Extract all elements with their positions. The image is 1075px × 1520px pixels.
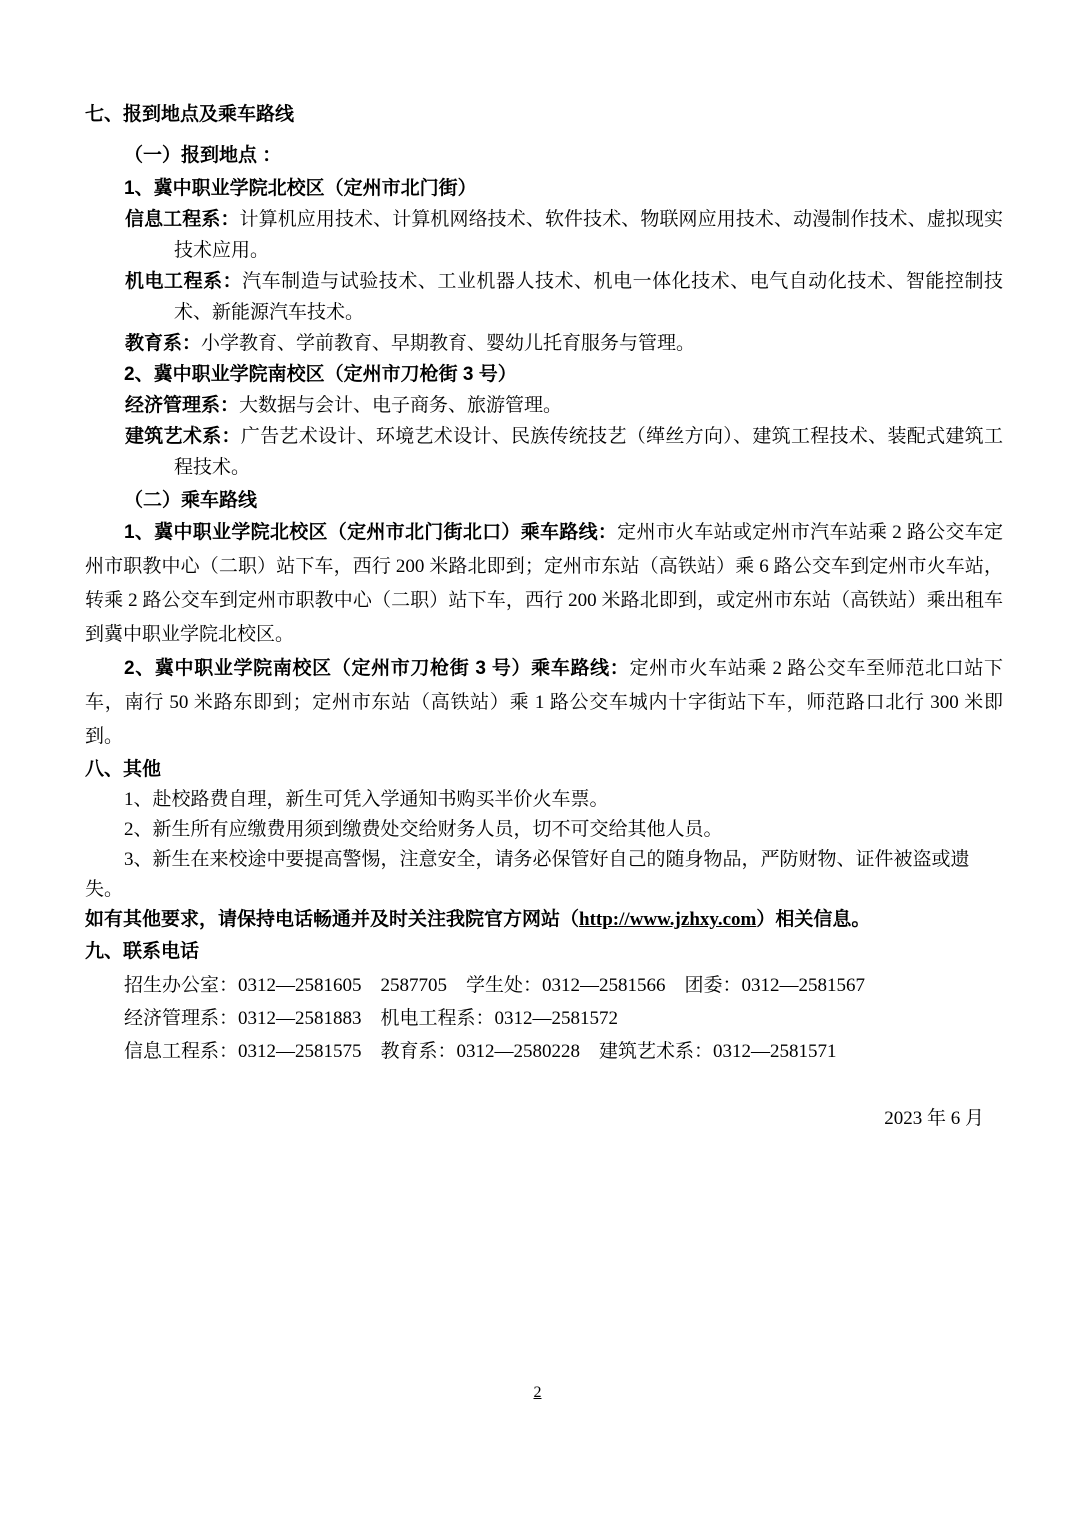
dept-line-information-engineering: 信息工程系：计算机应用技术、计算机网络技术、软件技术、物联网应用技术、动漫制作技… [85, 204, 1003, 266]
section-7-sub2-heading: （二）乘车路线 [124, 485, 1003, 516]
document-content: 七、报到地点及乘车路线 （一）报到地点 ： 1、冀中职业学院北校区（定州市北门街… [85, 99, 1003, 1068]
dept-label: 建筑艺术系： [125, 426, 241, 447]
document-page: 七、报到地点及乘车路线 （一）报到地点 ： 1、冀中职业学院北校区（定州市北门街… [0, 0, 1075, 1520]
official-website-link[interactable]: http://www.jzhxy.com [579, 909, 756, 930]
dept-majors: 广告艺术设计、环境艺术设计、民族传统技艺（缂丝方向）、建筑工程技术、装配式建筑工… [174, 426, 1003, 478]
section-7-sub1-heading: （一）报到地点 ： [124, 140, 1003, 171]
route-label: 2、冀中职业学院南校区（定州市刀枪街 3 号）乘车路线： [124, 658, 629, 679]
section-8-heading: 八、其他 [85, 754, 1003, 785]
phone-line-3: 信息工程系：0312—2581575 教育系：0312—2580228 建筑艺术… [124, 1035, 1003, 1068]
route-paragraph-south-campus: 2、冀中职业学院南校区（定州市刀枪街 3 号）乘车路线：定州市火车站乘 2 路公… [85, 652, 1003, 754]
phone-line-2: 经济管理系：0312—2581883 机电工程系：0312—2581572 [124, 1002, 1003, 1035]
issue-date: 2023 年 6 月 [884, 1106, 984, 1132]
other-item-3: 3、新生在来校途中要提高警惕，注意安全，请务必保管好自己的随身物品，严防财物、证… [85, 845, 1003, 905]
other-item-2: 2、新生所有应缴费用须到缴费处交给财务人员，切不可交给其他人员。 [85, 815, 1003, 845]
dept-majors: 小学教育、学前教育、早期教育、婴幼儿托育服务与管理。 [201, 333, 695, 354]
dept-label: 机电工程系： [125, 271, 242, 292]
section-9-heading: 九、联系电话 [85, 936, 1003, 967]
section-7-heading: 七、报到地点及乘车路线 [85, 99, 1003, 130]
page-number: 2 [534, 1384, 542, 1401]
dept-label: 教育系： [125, 333, 201, 354]
dept-label: 经济管理系： [125, 395, 239, 416]
dept-majors: 大数据与会计、电子商务、旅游管理。 [239, 395, 562, 416]
dept-line-mechatronics: 机电工程系：汽车制造与试验技术、工业机器人技术、机电一体化技术、电气自动化技术、… [85, 266, 1003, 328]
dept-line-architecture-art: 建筑艺术系：广告艺术设计、环境艺术设计、民族传统技艺（缂丝方向）、建筑工程技术、… [85, 421, 1003, 483]
dept-majors: 汽车制造与试验技术、工业机器人技术、机电一体化技术、电气自动化技术、智能控制技术… [174, 271, 1003, 323]
note-prefix: 如有其他要求，请保持电话畅通并及时关注我院官方网站（ [85, 909, 579, 930]
dept-label: 信息工程系： [125, 209, 240, 230]
note-suffix: ）相关信息。 [756, 909, 870, 930]
route-label: 1、冀中职业学院北校区（定州市北门街北口）乘车路线： [124, 522, 617, 543]
dept-line-education: 教育系：小学教育、学前教育、早期教育、婴幼儿托育服务与管理。 [85, 328, 1003, 359]
campus-north-heading: 1、冀中职业学院北校区（定州市北门街） [124, 173, 1003, 204]
campus-south-heading: 2、冀中职业学院南校区（定州市刀枪街 3 号） [124, 359, 1003, 390]
other-item-1: 1、赴校路费自理，新生可凭入学通知书购买半价火车票。 [85, 785, 1003, 815]
page-number-footer: 2 [0, 1383, 1075, 1403]
dept-line-economic-management: 经济管理系：大数据与会计、电子商务、旅游管理。 [85, 390, 1003, 421]
route-paragraph-north-campus: 1、冀中职业学院北校区（定州市北门街北口）乘车路线：定州市火车站或定州市汽车站乘… [85, 516, 1003, 652]
dept-majors: 计算机应用技术、计算机网络技术、软件技术、物联网应用技术、动漫制作技术、虚拟现实… [174, 209, 1003, 261]
contact-note: 如有其他要求，请保持电话畅通并及时关注我院官方网站（http://www.jzh… [85, 905, 1003, 935]
phone-line-1: 招生办公室：0312—2581605 2587705 学生处：0312—2581… [124, 969, 1003, 1002]
